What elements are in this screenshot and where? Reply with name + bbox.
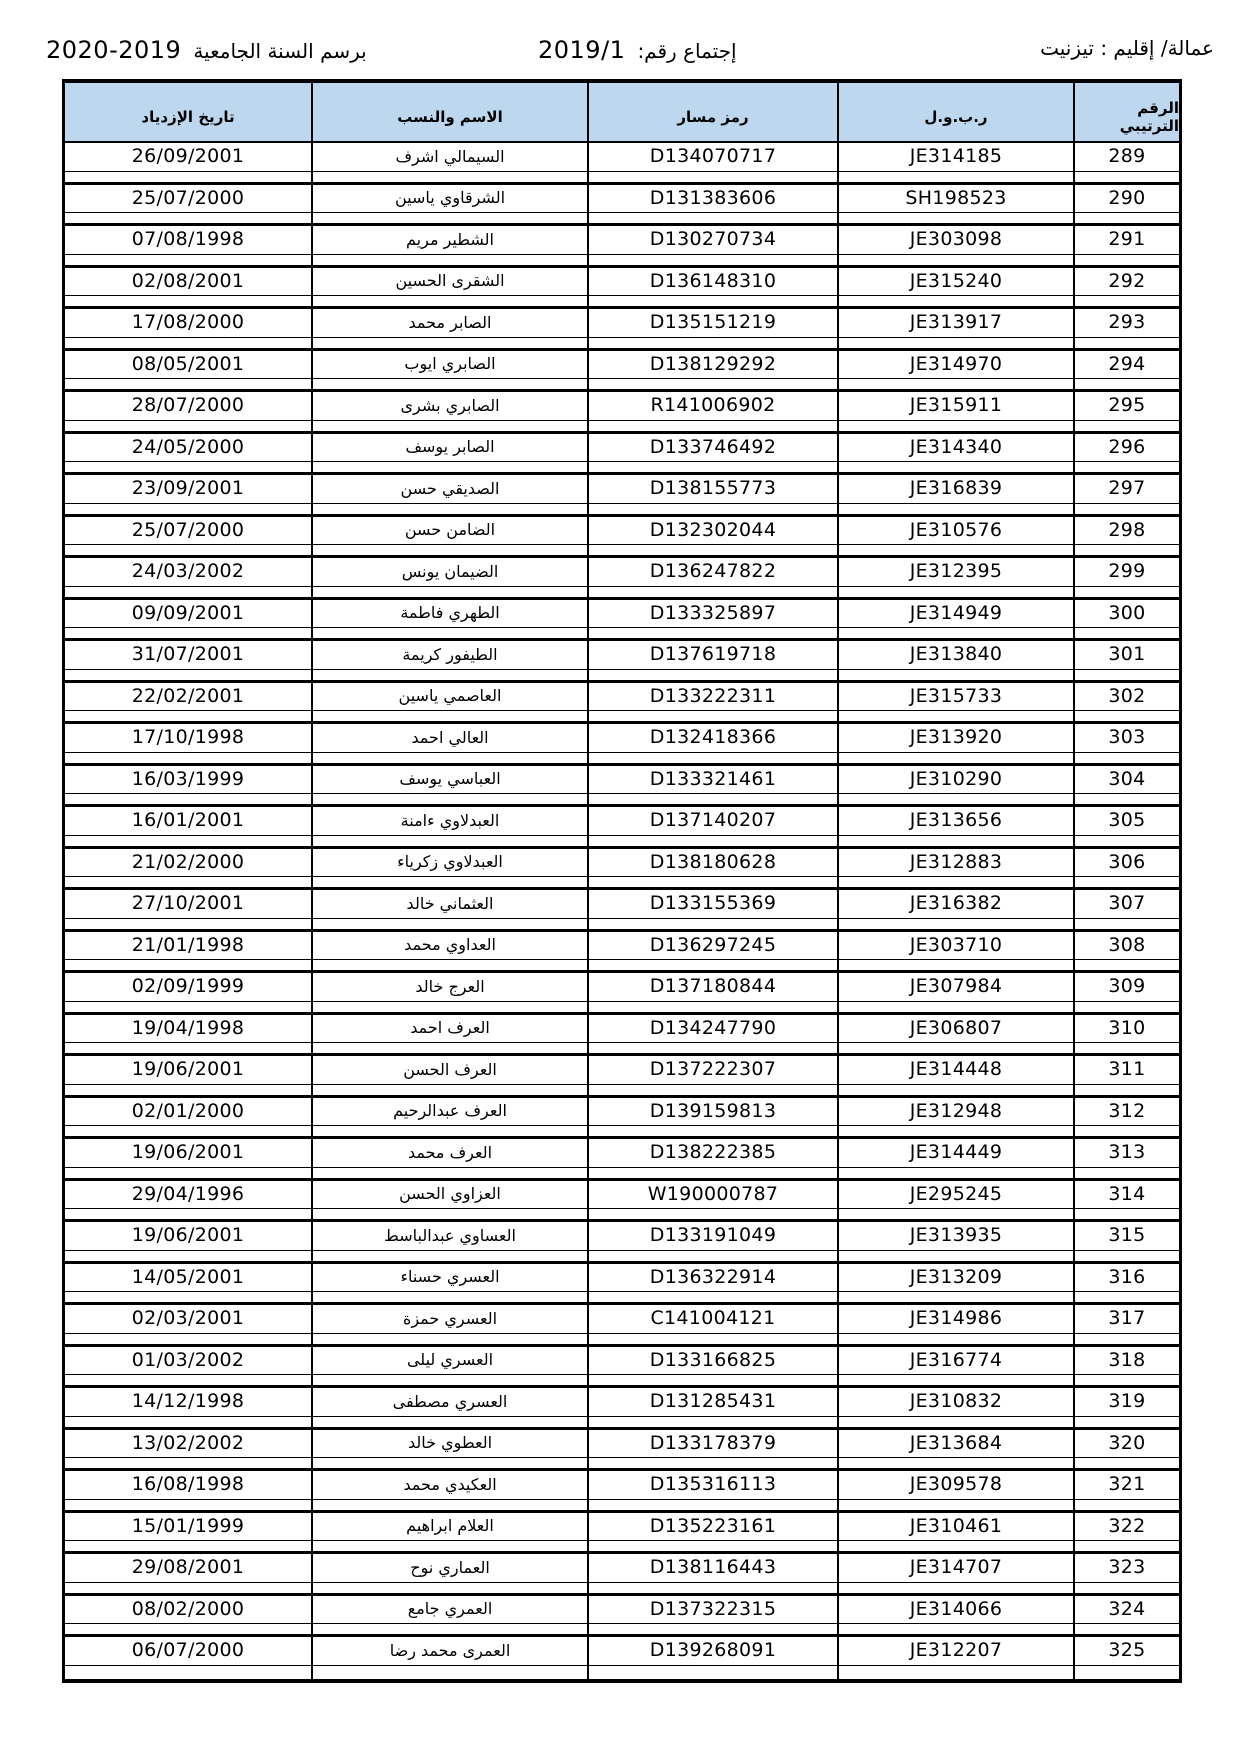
cell-date: 19/04/1998 — [65, 1015, 311, 1054]
table-row: 322JE310461D135223161العلام ابراهيم15/01… — [65, 1513, 1179, 1555]
cell-value-rbwl: JE313840 — [839, 641, 1073, 670]
row-spacer — [1075, 504, 1179, 514]
cell-value-num: 308 — [1075, 932, 1179, 961]
province-text: عمالة/ إقليم : تيزنيت — [1040, 36, 1214, 60]
cell-date: 06/07/2000 — [65, 1637, 311, 1679]
cell-num: 316 — [1073, 1264, 1179, 1303]
row-spacer — [839, 1043, 1073, 1053]
cell-date: 21/02/2000 — [65, 849, 311, 888]
row-spacer — [589, 1168, 837, 1178]
cell-name: العساوي عبدالباسط — [311, 1222, 587, 1261]
cell-value-rbwl: JE295245 — [839, 1181, 1073, 1210]
row-spacer — [1075, 462, 1179, 472]
cell-name: العلام ابراهيم — [311, 1513, 587, 1552]
cell-rbwl: JE310832 — [837, 1388, 1073, 1427]
table-row: 292JE315240D136148310الشقرى الحسين02/08/… — [65, 268, 1179, 310]
cell-value-date: 01/03/2002 — [65, 1347, 311, 1376]
cell-value-massar: D133222311 — [589, 683, 837, 712]
row-spacer — [1075, 1292, 1179, 1302]
row-spacer — [1075, 1168, 1179, 1178]
row-spacer — [313, 960, 587, 970]
table-header-row: الرقم الترتيبي ر.ب.و.ل رمز مسار الاسم وا… — [65, 83, 1179, 143]
cell-massar: D133222311 — [587, 683, 837, 722]
row-spacer — [589, 1209, 837, 1219]
cell-value-massar: D133155369 — [589, 890, 837, 919]
row-spacer — [589, 1126, 837, 1136]
row-spacer — [313, 1002, 587, 1012]
cell-value-massar: D134070717 — [589, 143, 837, 172]
cell-value-rbwl: SH198523 — [839, 185, 1073, 214]
row-spacer — [1075, 172, 1179, 182]
row-spacer — [589, 1002, 837, 1012]
cell-name: العبدلاوي زكرياء — [311, 849, 587, 888]
cell-name: العزاوي الحسن — [311, 1181, 587, 1220]
academic-year-value: 2020-2019 — [46, 36, 181, 64]
row-spacer — [839, 794, 1073, 804]
row-spacer — [839, 296, 1073, 306]
table-row: 302JE315733D133222311العاصمي ياسين22/02/… — [65, 683, 1179, 725]
row-spacer — [1075, 1085, 1179, 1095]
cell-num: 323 — [1073, 1554, 1179, 1593]
cell-name: الضامن حسن — [311, 517, 587, 556]
cell-num: 315 — [1073, 1222, 1179, 1261]
cell-value-num: 313 — [1075, 1139, 1179, 1168]
cell-rbwl: JE310576 — [837, 517, 1073, 556]
cell-value-num: 297 — [1075, 475, 1179, 504]
cell-num: 304 — [1073, 766, 1179, 805]
cell-num: 291 — [1073, 226, 1179, 265]
row-spacer — [839, 1085, 1073, 1095]
cell-rbwl: JE295245 — [837, 1181, 1073, 1220]
cell-date: 22/02/2001 — [65, 683, 311, 722]
row-spacer — [839, 1583, 1073, 1593]
cell-name: العماري نوح — [311, 1554, 587, 1593]
row-spacer — [65, 1002, 311, 1012]
table-row: 295JE315911R141006902الصابري بشرى28/07/2… — [65, 392, 1179, 434]
row-spacer — [589, 545, 837, 555]
row-spacer — [313, 1458, 587, 1468]
row-spacer — [589, 960, 837, 970]
table-row: 316JE313209D136322914العسري حسناء14/05/2… — [65, 1264, 1179, 1306]
cell-date: 21/01/1998 — [65, 932, 311, 971]
row-spacer — [839, 1168, 1073, 1178]
row-spacer — [65, 711, 311, 721]
cell-value-num: 289 — [1075, 143, 1179, 172]
cell-date: 19/06/2001 — [65, 1139, 311, 1178]
cell-rbwl: JE303098 — [837, 226, 1073, 265]
cell-value-massar: D136297245 — [589, 932, 837, 961]
cell-date: 09/09/2001 — [65, 600, 311, 639]
cell-value-name: العالي احمد — [313, 724, 587, 753]
row-spacer — [1075, 379, 1179, 389]
cell-date: 13/02/2002 — [65, 1430, 311, 1469]
cell-rbwl: JE315240 — [837, 268, 1073, 307]
cell-value-date: 08/05/2001 — [65, 351, 311, 380]
row-spacer — [65, 1085, 311, 1095]
cell-value-massar: D133325897 — [589, 600, 837, 629]
cell-value-massar: D132302044 — [589, 517, 837, 546]
cell-massar: D134247790 — [587, 1015, 837, 1054]
row-spacer — [1075, 1458, 1179, 1468]
table-row: 294JE314970D138129292الصابري ايوب08/05/2… — [65, 351, 1179, 393]
cell-value-date: 29/04/1996 — [65, 1181, 311, 1210]
row-spacer — [65, 1334, 311, 1344]
cell-name: الطهري فاطمة — [311, 600, 587, 639]
cell-value-name: العسري حسناء — [313, 1264, 587, 1293]
cell-massar: D138129292 — [587, 351, 837, 390]
cell-value-num: 305 — [1075, 807, 1179, 836]
cell-name: الشطير مريم — [311, 226, 587, 265]
cell-name: الطيفور كريمة — [311, 641, 587, 680]
row-spacer — [65, 670, 311, 680]
cell-value-rbwl: JE313684 — [839, 1430, 1073, 1459]
cell-massar: D139159813 — [587, 1098, 837, 1137]
cell-rbwl: JE313917 — [837, 309, 1073, 348]
row-spacer — [313, 296, 587, 306]
cell-date: 19/06/2001 — [65, 1056, 311, 1095]
cell-name: العسري مصطفى — [311, 1388, 587, 1427]
cell-rbwl: JE313656 — [837, 807, 1073, 846]
cell-massar: D132418366 — [587, 724, 837, 763]
cell-value-name: العطوي خالد — [313, 1430, 587, 1459]
cell-massar: R141006902 — [587, 392, 837, 431]
cell-value-rbwl: JE312395 — [839, 558, 1073, 587]
cell-num: 306 — [1073, 849, 1179, 888]
row-spacer — [1075, 545, 1179, 555]
row-spacer — [1075, 213, 1179, 223]
cell-num: 322 — [1073, 1513, 1179, 1552]
table-row: 313JE314449D138222385العرف محمد19/06/200… — [65, 1139, 1179, 1181]
cell-name: السيمالي اشرف — [311, 143, 587, 182]
cell-value-date: 02/08/2001 — [65, 268, 311, 297]
cell-value-rbwl: JE315240 — [839, 268, 1073, 297]
cell-rbwl: JE315911 — [837, 392, 1073, 431]
row-spacer — [839, 1541, 1073, 1551]
cell-rbwl: JE316839 — [837, 475, 1073, 514]
cell-value-name: العبدلاوي ءامنة — [313, 807, 587, 836]
cell-rbwl: JE313209 — [837, 1264, 1073, 1303]
row-spacer — [65, 1043, 311, 1053]
cell-value-name: الصابري بشرى — [313, 392, 587, 421]
cell-value-date: 21/01/1998 — [65, 932, 311, 961]
cell-value-name: العلام ابراهيم — [313, 1513, 587, 1542]
cell-date: 02/01/2000 — [65, 1098, 311, 1137]
cell-value-num: 306 — [1075, 849, 1179, 878]
cell-value-rbwl: JE315911 — [839, 392, 1073, 421]
row-spacer — [1075, 836, 1179, 846]
row-spacer — [65, 919, 311, 929]
meeting-label: إجتماع رقم: — [637, 39, 736, 63]
cell-value-massar: D138222385 — [589, 1139, 837, 1168]
cell-value-date: 13/02/2002 — [65, 1430, 311, 1459]
cell-value-num: 311 — [1075, 1056, 1179, 1085]
cell-value-num: 291 — [1075, 226, 1179, 255]
cell-date: 24/05/2000 — [65, 434, 311, 473]
cell-value-name: العداوي محمد — [313, 932, 587, 961]
cell-value-name: الشطير مريم — [313, 226, 587, 255]
row-spacer — [313, 1043, 587, 1053]
row-spacer — [313, 1417, 587, 1427]
cell-value-rbwl: JE313920 — [839, 724, 1073, 753]
cell-value-massar: D136148310 — [589, 268, 837, 297]
cell-value-name: العبدلاوي زكرياء — [313, 849, 587, 878]
cell-rbwl: JE312207 — [837, 1637, 1073, 1679]
cell-value-num: 290 — [1075, 185, 1179, 214]
cell-date: 17/10/1998 — [65, 724, 311, 763]
cell-value-num: 292 — [1075, 268, 1179, 297]
cell-value-date: 16/08/1998 — [65, 1471, 311, 1500]
cell-value-date: 19/06/2001 — [65, 1139, 311, 1168]
cell-date: 26/09/2001 — [65, 143, 311, 182]
row-spacer — [1075, 587, 1179, 597]
cell-name: العباسي يوسف — [311, 766, 587, 805]
row-spacer — [313, 836, 587, 846]
row-spacer — [589, 1666, 837, 1676]
cell-value-rbwl: JE310576 — [839, 517, 1073, 546]
row-spacer — [589, 1043, 837, 1053]
cell-date: 08/02/2000 — [65, 1596, 311, 1635]
row-spacer — [1075, 628, 1179, 638]
cell-value-rbwl: JE310461 — [839, 1513, 1073, 1542]
row-spacer — [589, 338, 837, 348]
cell-value-name: العرف محمد — [313, 1139, 587, 1168]
cell-massar: D138180628 — [587, 849, 837, 888]
column-header-massar-code: رمز مسار — [587, 83, 837, 141]
row-spacer — [313, 462, 587, 472]
cell-value-massar: D138180628 — [589, 849, 837, 878]
row-spacer — [1075, 421, 1179, 431]
cell-name: العمرى محمد رضا — [311, 1637, 587, 1679]
cell-value-massar: D137222307 — [589, 1056, 837, 1085]
cell-date: 25/07/2000 — [65, 517, 311, 556]
row-spacer — [1075, 338, 1179, 348]
row-spacer — [589, 1334, 837, 1344]
row-spacer — [839, 919, 1073, 929]
cell-value-massar: W190000787 — [589, 1181, 837, 1210]
table-row: 320JE313684D133178379العطوي خالد13/02/20… — [65, 1430, 1179, 1472]
cell-value-num: 314 — [1075, 1181, 1179, 1210]
province-title: عمالة/ إقليم : تيزنيت — [1040, 36, 1214, 72]
row-spacer — [589, 172, 837, 182]
row-spacer — [1075, 670, 1179, 680]
cell-value-massar: C141004121 — [589, 1305, 837, 1334]
cell-value-date: 19/04/1998 — [65, 1015, 311, 1044]
row-spacer — [65, 1583, 311, 1593]
cell-value-name: العسري مصطفى — [313, 1388, 587, 1417]
cell-value-massar: D131383606 — [589, 185, 837, 214]
cell-num: 298 — [1073, 517, 1179, 556]
cell-num: 303 — [1073, 724, 1179, 763]
cell-date: 02/08/2001 — [65, 268, 311, 307]
cell-value-date: 02/01/2000 — [65, 1098, 311, 1127]
row-spacer — [1075, 877, 1179, 887]
row-spacer — [65, 462, 311, 472]
row-spacer — [313, 421, 587, 431]
table-row: 310JE306807D134247790العرف احمد19/04/199… — [65, 1015, 1179, 1057]
cell-value-name: العسري حمزة — [313, 1305, 587, 1334]
cell-value-date: 07/08/1998 — [65, 226, 311, 255]
table-row: 318JE316774D133166825العسري ليلى01/03/20… — [65, 1347, 1179, 1389]
cell-value-num: 295 — [1075, 392, 1179, 421]
cell-value-num: 312 — [1075, 1098, 1179, 1127]
cell-date: 25/07/2000 — [65, 185, 311, 224]
cell-value-num: 325 — [1075, 1637, 1179, 1666]
cell-value-num: 307 — [1075, 890, 1179, 919]
row-spacer — [839, 1251, 1073, 1261]
cell-value-date: 21/02/2000 — [65, 849, 311, 878]
cell-value-num: 323 — [1075, 1554, 1179, 1583]
cell-massar: D133191049 — [587, 1222, 837, 1261]
row-spacer — [589, 379, 837, 389]
cell-value-rbwl: JE314949 — [839, 600, 1073, 629]
cell-massar: D137222307 — [587, 1056, 837, 1095]
row-spacer — [839, 711, 1073, 721]
row-spacer — [313, 1251, 587, 1261]
cell-value-date: 17/08/2000 — [65, 309, 311, 338]
cell-num: 324 — [1073, 1596, 1179, 1635]
row-spacer — [313, 587, 587, 597]
row-spacer — [589, 255, 837, 265]
row-spacer — [839, 1500, 1073, 1510]
row-spacer — [313, 1541, 587, 1551]
cell-name: العرف الحسن — [311, 1056, 587, 1095]
row-spacer — [839, 670, 1073, 680]
cell-massar: D138116443 — [587, 1554, 837, 1593]
column-header-birth-date: تاريخ الإزدياد — [65, 83, 311, 141]
row-spacer — [839, 1666, 1073, 1676]
row-spacer — [1075, 1624, 1179, 1634]
cell-value-date: 26/09/2001 — [65, 143, 311, 172]
cell-massar: C141004121 — [587, 1305, 837, 1344]
cell-value-massar: D137619718 — [589, 641, 837, 670]
cell-num: 299 — [1073, 558, 1179, 597]
cell-num: 313 — [1073, 1139, 1179, 1178]
cell-rbwl: JE312948 — [837, 1098, 1073, 1137]
cell-num: 318 — [1073, 1347, 1179, 1386]
row-spacer — [839, 836, 1073, 846]
cell-value-date: 14/05/2001 — [65, 1264, 311, 1293]
cell-massar: D136297245 — [587, 932, 837, 971]
cell-massar: D136247822 — [587, 558, 837, 597]
cell-massar: D133166825 — [587, 1347, 837, 1386]
cell-value-date: 27/10/2001 — [65, 890, 311, 919]
cell-rbwl: JE312395 — [837, 558, 1073, 597]
row-spacer — [589, 296, 837, 306]
row-spacer — [313, 213, 587, 223]
cell-value-date: 28/07/2000 — [65, 392, 311, 421]
cell-name: الضيمان يونس — [311, 558, 587, 597]
row-spacer — [65, 1126, 311, 1136]
cell-name: العمري جامع — [311, 1596, 587, 1635]
row-spacer — [65, 836, 311, 846]
row-spacer — [1075, 794, 1179, 804]
cell-name: العاصمي ياسين — [311, 683, 587, 722]
cell-date: 02/03/2001 — [65, 1305, 311, 1344]
row-spacer — [839, 877, 1073, 887]
row-spacer — [313, 255, 587, 265]
cell-num: 314 — [1073, 1181, 1179, 1220]
cell-value-name: العمرى محمد رضا — [313, 1637, 587, 1666]
row-spacer — [839, 1209, 1073, 1219]
row-spacer — [313, 1126, 587, 1136]
cell-value-num: 298 — [1075, 517, 1179, 546]
row-spacer — [313, 172, 587, 182]
row-spacer — [65, 504, 311, 514]
cell-massar: D133155369 — [587, 890, 837, 929]
cell-num: 310 — [1073, 1015, 1179, 1054]
cell-value-name: العرف الحسن — [313, 1056, 587, 1085]
row-spacer — [1075, 1541, 1179, 1551]
table-row: 296JE314340D133746492الصابر يوسف24/05/20… — [65, 434, 1179, 476]
cell-value-massar: D139268091 — [589, 1637, 837, 1666]
cell-date: 28/07/2000 — [65, 392, 311, 431]
cell-num: 302 — [1073, 683, 1179, 722]
cell-value-rbwl: JE313656 — [839, 807, 1073, 836]
row-spacer — [65, 628, 311, 638]
row-spacer — [839, 960, 1073, 970]
cell-value-massar: D138116443 — [589, 1554, 837, 1583]
cell-value-date: 29/08/2001 — [65, 1554, 311, 1583]
row-spacer — [1075, 255, 1179, 265]
row-spacer — [1075, 1417, 1179, 1427]
cell-massar: D139268091 — [587, 1637, 837, 1679]
cell-rbwl: JE314949 — [837, 600, 1073, 639]
row-spacer — [65, 213, 311, 223]
column-header-rbwl: ر.ب.و.ل — [837, 83, 1073, 141]
cell-rbwl: JE314185 — [837, 143, 1073, 182]
cell-rbwl: JE315733 — [837, 683, 1073, 722]
cell-value-date: 14/12/1998 — [65, 1388, 311, 1417]
cell-num: 308 — [1073, 932, 1179, 971]
cell-rbwl: SH198523 — [837, 185, 1073, 224]
cell-value-name: الصابر يوسف — [313, 434, 587, 463]
row-spacer — [313, 919, 587, 929]
row-spacer — [589, 1541, 837, 1551]
cell-value-date: 16/01/2001 — [65, 807, 311, 836]
row-spacer — [589, 1292, 837, 1302]
row-spacer — [589, 1251, 837, 1261]
row-spacer — [1075, 1209, 1179, 1219]
row-spacer — [1075, 919, 1179, 929]
row-spacer — [313, 1209, 587, 1219]
cell-value-num: 293 — [1075, 309, 1179, 338]
row-spacer — [589, 1417, 837, 1427]
cell-num: 293 — [1073, 309, 1179, 348]
cell-rbwl: JE310461 — [837, 1513, 1073, 1552]
cell-value-name: الصابر محمد — [313, 309, 587, 338]
cell-rbwl: JE309578 — [837, 1471, 1073, 1510]
cell-massar: D136322914 — [587, 1264, 837, 1303]
row-spacer — [65, 379, 311, 389]
row-spacer — [1075, 1666, 1179, 1676]
cell-value-rbwl: JE316839 — [839, 475, 1073, 504]
cell-name: العرف احمد — [311, 1015, 587, 1054]
row-spacer — [839, 753, 1073, 763]
cell-name: العسري حمزة — [311, 1305, 587, 1344]
cell-value-date: 06/07/2000 — [65, 1637, 311, 1666]
cell-date: 08/05/2001 — [65, 351, 311, 390]
cell-massar: D133746492 — [587, 434, 837, 473]
row-spacer — [839, 628, 1073, 638]
cell-num: 296 — [1073, 434, 1179, 473]
row-spacer — [589, 1085, 837, 1095]
cell-massar: D130270734 — [587, 226, 837, 265]
row-spacer — [839, 1375, 1073, 1385]
row-spacer — [589, 421, 837, 431]
row-spacer — [313, 504, 587, 514]
table-row: 312JE312948D139159813العرف عبدالرحيم02/0… — [65, 1098, 1179, 1140]
cell-name: الشرقاوي ياسين — [311, 185, 587, 224]
